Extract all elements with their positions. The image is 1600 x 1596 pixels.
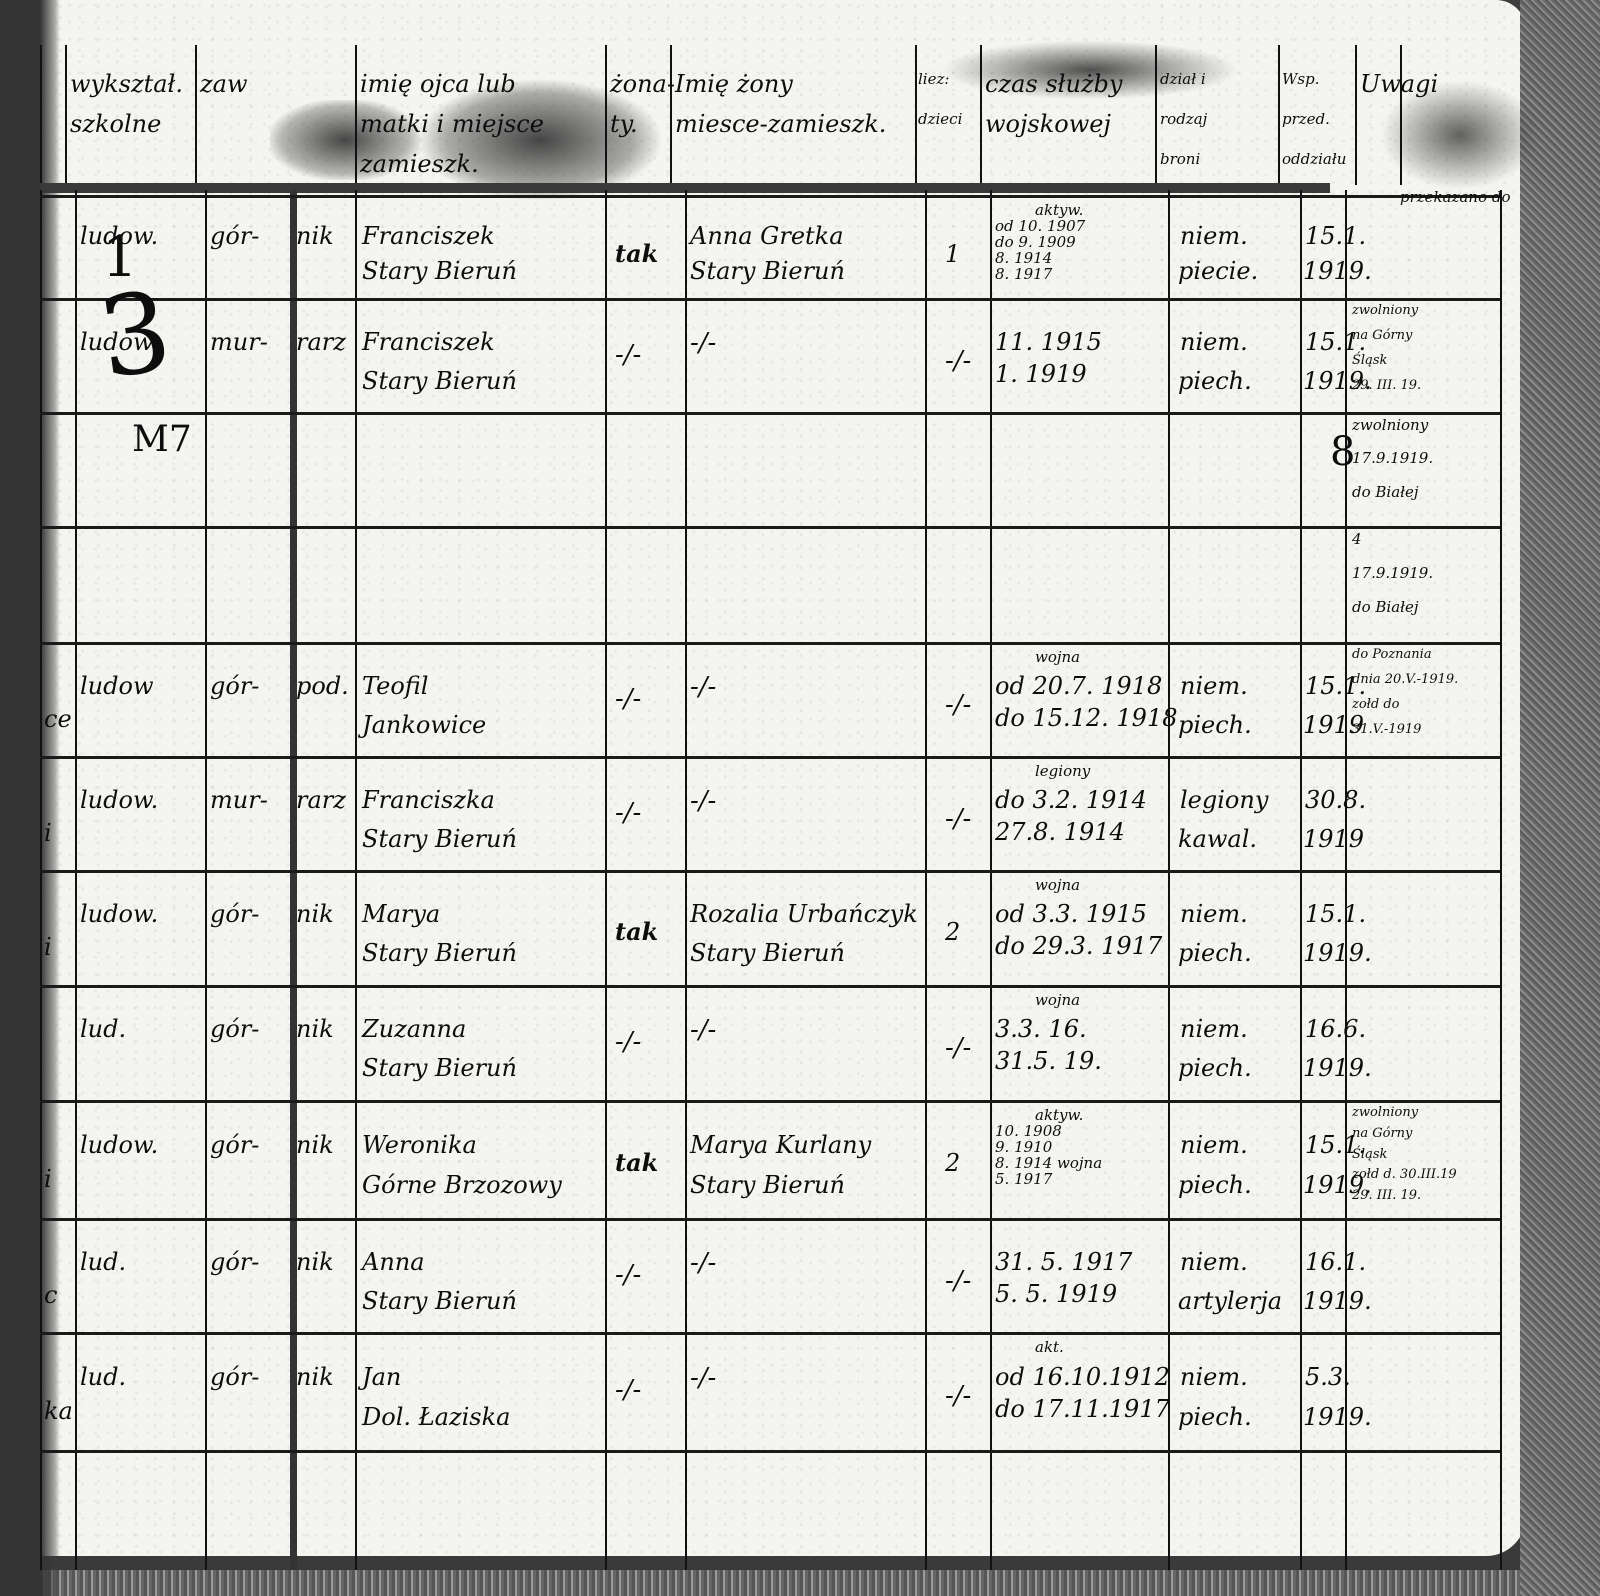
parent-name-cell: Franciszka	[362, 788, 495, 812]
service-period-line: od 10. 1907	[995, 219, 1085, 234]
occupation-cell: gór-	[210, 1250, 259, 1274]
parent-name-cell: Jan	[362, 1365, 401, 1389]
row-divider	[40, 1100, 1500, 1103]
header-label-education: wykształ.	[70, 72, 183, 96]
wife-name-cell: -/-	[690, 1365, 716, 1391]
header-label-service_time: czas służby	[985, 72, 1122, 96]
occupation-suffix-cell: rarz	[296, 788, 346, 812]
reported-year-cell: 1919	[1303, 827, 1364, 851]
branch-cell: niem.	[1180, 1250, 1248, 1274]
occupation-suffix-cell: rarz	[296, 330, 346, 354]
branch-cell: niem.	[1180, 1133, 1248, 1157]
occupation-suffix-cell: nik	[296, 1133, 334, 1157]
header-label-children: dzieci	[918, 112, 962, 127]
parent-name-cell: Weronika	[362, 1133, 477, 1157]
children-count-cell: 2	[945, 1151, 960, 1175]
parent-name-cell: Teofil	[362, 674, 428, 698]
children-count-cell: -/-	[945, 692, 971, 718]
header-column-divider	[605, 45, 607, 185]
row-edge-fragment: ce	[44, 707, 72, 731]
header-label-branch: rodzaj	[1160, 112, 1207, 127]
header-label-branch: dział i	[1160, 72, 1206, 87]
service-period-line: 5. 1917	[995, 1172, 1052, 1187]
parent-name-cell: Franciszek	[362, 224, 495, 248]
service-type-note: akt.	[1035, 1340, 1064, 1355]
row-divider	[40, 756, 1500, 759]
reported-date-cell: 30.8.	[1305, 788, 1366, 812]
parent-residence-cell: Stary Bieruń	[362, 1289, 517, 1313]
margin-large-numeral: 3	[93, 276, 178, 395]
branch-cell: niem.	[1180, 1017, 1248, 1041]
wife-residence-cell: Stary Bieruń	[690, 1173, 845, 1197]
header-column-divider	[195, 45, 197, 185]
reported-year-cell: 1919.	[1303, 1289, 1372, 1313]
row-divider	[40, 985, 1500, 988]
scan-left-edge	[0, 0, 60, 1596]
branch-type-cell: piech.	[1178, 1405, 1252, 1429]
service-period-line: od 16.10.1912	[995, 1365, 1170, 1389]
branch-type-cell: piech.	[1178, 713, 1252, 737]
service-period-line: 31.5. 19.	[995, 1049, 1102, 1073]
remarks-line: 17.9.1919.	[1352, 566, 1433, 581]
occupation-suffix-cell: nik	[296, 902, 334, 926]
remarks-line: 29. III. 19.	[1352, 1189, 1421, 1202]
service-type-note: legiony	[1035, 764, 1090, 779]
reported-date-cell: 16.6.	[1305, 1017, 1366, 1041]
row-divider	[40, 1218, 1500, 1221]
children-count-cell: -/-	[945, 1383, 971, 1409]
parent-residence-cell: Stary Bieruń	[362, 941, 517, 965]
service-period-line: 10. 1908	[995, 1124, 1062, 1139]
row-edge-fragment: ka	[44, 1399, 73, 1423]
top-remark-fragment: przekazano do	[1400, 190, 1511, 205]
service-period-line: od 20.7. 1918	[995, 674, 1162, 698]
education-cell: lud.	[80, 1017, 126, 1041]
remarks-line: na Górny	[1352, 1127, 1412, 1140]
header-column-divider	[65, 45, 67, 185]
children-count-cell: 2	[945, 920, 960, 944]
parent-name-cell: Marya	[362, 902, 440, 926]
scan-bottom-edge	[40, 1570, 1520, 1596]
wife-name-cell: -/-	[690, 330, 716, 356]
header-label-education: szkolne	[70, 112, 161, 136]
children-count-cell: -/-	[945, 348, 971, 374]
wife-name-cell: Marya Kurlany	[690, 1133, 871, 1157]
remarks-line: dnia 20.V.-1919.	[1352, 673, 1458, 686]
reported-year-cell: 1919.	[1303, 259, 1372, 283]
remarks-line: do Białej	[1352, 600, 1419, 615]
service-period-line: do 3.2. 1914	[995, 788, 1147, 812]
service-period-line: 8. 1914	[995, 251, 1052, 266]
remarks-line: zwolniony	[1352, 418, 1428, 433]
reported-date-cell: 15.1.	[1305, 224, 1366, 248]
remarks-line: zwolniony	[1352, 304, 1418, 317]
wife-name-cell: -/-	[690, 1250, 716, 1276]
body-column-divider	[925, 190, 927, 1570]
service-period-line: 8. 1917	[995, 267, 1052, 282]
row-divider	[40, 298, 1500, 301]
service-period-line: do 17.11.1917	[995, 1397, 1170, 1421]
header-label-wife: miesce-zamieszk.	[675, 112, 886, 136]
married-cell: -/-	[615, 342, 641, 368]
parent-residence-cell: Stary Bieruń	[362, 259, 517, 283]
header-label-branch: broni	[1160, 152, 1200, 167]
row-divider	[40, 195, 1500, 198]
remarks-line: 31.V.-1919	[1352, 723, 1421, 736]
children-count-cell: -/-	[945, 806, 971, 832]
education-cell: ludow	[80, 674, 154, 698]
married-cell: tak	[615, 242, 658, 266]
occupation-suffix-cell: nik	[296, 1250, 334, 1274]
body-column-divider	[605, 190, 607, 1570]
remarks-line: zwolniony	[1352, 1106, 1418, 1119]
branch-cell: niem.	[1180, 1365, 1248, 1389]
reported-date-cell: 16.1.	[1305, 1250, 1366, 1274]
service-type-note: wojna	[1035, 993, 1080, 1008]
body-column-divider	[685, 190, 687, 1570]
header-label-wife: Imię żony	[675, 72, 793, 96]
wife-name-cell: -/-	[690, 788, 716, 814]
header-label-remarks: Uwagi	[1360, 72, 1438, 96]
remarks-line: zołd do	[1352, 698, 1400, 711]
remarks-line: Śląsk	[1352, 1148, 1387, 1161]
branch-cell: legiony	[1180, 788, 1268, 812]
row-edge-fragment: i	[44, 935, 52, 959]
reported-year-cell: 1919.	[1303, 941, 1372, 965]
married-cell: -/-	[615, 1262, 641, 1288]
service-period-line: 31. 5. 1917	[995, 1250, 1132, 1274]
service-period-line: 27.8. 1914	[995, 820, 1125, 844]
children-count-cell: -/-	[945, 1268, 971, 1294]
branch-cell: niem.	[1180, 674, 1248, 698]
body-column-divider	[1500, 190, 1502, 1570]
remarks-line: 29. III. 19.	[1352, 379, 1421, 392]
wife-residence-cell: Stary Bieruń	[690, 941, 845, 965]
header-label-married: ty.	[610, 112, 638, 136]
header-column-divider	[670, 45, 672, 185]
body-column-divider	[355, 190, 357, 1570]
parent-name-cell: Zuzanna	[362, 1017, 466, 1041]
service-type-note: wojna	[1035, 650, 1080, 665]
education-cell: ludow.	[80, 902, 158, 926]
row-edge-fragment: i	[44, 1167, 52, 1191]
parent-residence-cell: Górne Brzozowy	[362, 1173, 562, 1197]
header-label-occupation: zaw	[200, 72, 248, 96]
service-type-note: aktyw.	[1035, 203, 1083, 218]
children-count-cell: 1	[945, 242, 960, 266]
branch-type-cell: piech.	[1178, 1056, 1252, 1080]
service-period-line: 9. 1910	[995, 1140, 1052, 1155]
header-label-married: żona-	[610, 72, 675, 96]
service-period-line: 5. 5. 1919	[995, 1282, 1117, 1306]
header-column-divider	[980, 45, 982, 185]
occupation-suffix-cell: pod.	[296, 674, 349, 698]
remarks-line: do Poznania	[1352, 648, 1432, 661]
education-cell: lud.	[80, 1365, 126, 1389]
service-period-line: 11. 1915	[995, 330, 1102, 354]
header-label-reported: przed.	[1282, 112, 1330, 127]
row-divider	[40, 642, 1500, 645]
wife-name-cell: Rozalia Urbańczyk	[690, 902, 918, 926]
branch-cell: niem.	[1180, 902, 1248, 926]
education-cell: lud.	[80, 1250, 126, 1274]
married-cell: -/-	[615, 686, 641, 712]
branch-type-cell: piecie.	[1178, 259, 1258, 283]
header-label-reported: oddziału	[1282, 152, 1346, 167]
reported-date-cell: 5.3.	[1305, 1365, 1351, 1389]
wife-residence-cell: Stary Bieruń	[690, 259, 845, 283]
body-column-divider	[990, 190, 992, 1570]
parent-name-cell: Franciszek	[362, 330, 495, 354]
remarks-line: 4	[1352, 532, 1362, 547]
body-column-divider	[205, 190, 207, 1570]
margin-small-mark: M7	[132, 422, 192, 458]
header-column-divider	[1355, 45, 1357, 185]
row-divider	[40, 1450, 1500, 1453]
married-cell: -/-	[615, 1377, 641, 1403]
service-period-line: do 15.12. 1918	[995, 706, 1177, 730]
row-divider	[40, 870, 1500, 873]
service-period-line: do 9. 1909	[995, 235, 1076, 250]
parent-residence-cell: Jankowice	[362, 713, 486, 737]
married-cell: tak	[615, 920, 658, 944]
occupation-suffix-cell: nik	[296, 1017, 334, 1041]
branch-type-cell: piech.	[1178, 941, 1252, 965]
branch-type-cell: piech.	[1178, 1173, 1252, 1197]
header-label-children: liez:	[918, 72, 949, 87]
row-divider	[40, 1332, 1500, 1335]
service-period-line: 3.3. 16.	[995, 1017, 1087, 1041]
parent-residence-cell: Stary Bieruń	[362, 827, 517, 851]
service-period-line: 1. 1919	[995, 362, 1087, 386]
occupation-cell: gór-	[210, 1133, 259, 1157]
service-type-note: wojna	[1035, 878, 1080, 893]
occupation-cell: gór-	[210, 1365, 259, 1389]
education-cell: ludow.	[80, 1133, 158, 1157]
body-column-divider	[1300, 190, 1302, 1570]
row-divider	[40, 412, 1500, 415]
remarks-line: Śląsk	[1352, 354, 1387, 367]
occupation-cell: gór-	[210, 902, 259, 926]
service-period-line: 8. 1914 wojna	[995, 1156, 1102, 1171]
parent-residence-cell: Stary Bieruń	[362, 1056, 517, 1080]
service-period-line: od 3.3. 1915	[995, 902, 1147, 926]
service-period-line: do 29.3. 1917	[995, 934, 1162, 958]
header-label-father_mother: matki i miejsce	[360, 112, 544, 136]
married-cell: -/-	[615, 800, 641, 826]
branch-type-cell: piech.	[1178, 369, 1252, 393]
branch-cell: niem.	[1180, 330, 1248, 354]
header-column-divider	[1155, 45, 1157, 185]
wife-name-cell: -/-	[690, 1017, 716, 1043]
wife-name-cell: -/-	[690, 674, 716, 700]
occupation-cell: gór-	[210, 1017, 259, 1041]
remarks-line: na Górny	[1352, 329, 1412, 342]
occupation-suffix-cell: nik	[296, 224, 334, 248]
header-column-divider	[355, 45, 357, 185]
reported-year-cell: 1919.	[1303, 1056, 1372, 1080]
parent-residence-cell: Dol. Łaziska	[362, 1405, 510, 1429]
married-cell: tak	[615, 1151, 658, 1175]
occupation-cell: mur-	[210, 788, 268, 812]
children-count-cell: -/-	[945, 1035, 971, 1061]
wife-name-cell: Anna Gretka	[690, 224, 844, 248]
body-column-divider	[40, 190, 42, 1570]
margin-crossed-mark: 1	[102, 230, 138, 286]
row-edge-fragment: c	[44, 1283, 57, 1307]
branch-type-cell: kawal.	[1178, 827, 1257, 851]
education-cell: ludow.	[80, 788, 158, 812]
row-edge-fragment: i	[44, 821, 52, 845]
header-column-divider	[1278, 45, 1280, 185]
branch-cell: niem.	[1180, 224, 1248, 248]
parent-residence-cell: Stary Bieruń	[362, 369, 517, 393]
body-column-divider	[75, 190, 77, 1570]
occupation-suffix-cell: nik	[296, 1365, 334, 1389]
married-cell: -/-	[615, 1029, 641, 1055]
header-label-father_mother: zamieszk.	[360, 152, 479, 176]
remarks-line: 17.9.1919.	[1352, 451, 1433, 466]
header-label-reported: Wsp.	[1282, 72, 1320, 87]
reported-year-cell: 1919.	[1303, 1405, 1372, 1429]
occupation-cell: gór-	[210, 674, 259, 698]
row-divider	[40, 526, 1500, 529]
parent-name-cell: Anna	[362, 1250, 425, 1274]
header-label-service_time: wojskowej	[985, 112, 1111, 136]
remarks-line: do Białej	[1352, 485, 1419, 500]
scan-right-edge	[1520, 0, 1600, 1596]
occupation-cell: mur-	[210, 330, 268, 354]
header-column-divider	[1400, 45, 1402, 185]
header-column-divider	[915, 45, 917, 185]
header-label-father_mother: imię ojca lub	[360, 72, 516, 96]
branch-type-cell: artylerja	[1178, 1289, 1282, 1313]
header-stain	[420, 80, 660, 200]
remarks-line: zołd d. 30.III.19	[1352, 1168, 1457, 1181]
service-type-note: aktyw.	[1035, 1108, 1083, 1123]
occupation-cell: gór-	[210, 224, 259, 248]
reported-date-cell: 15.1.	[1305, 902, 1366, 926]
header-column-divider	[40, 45, 42, 185]
